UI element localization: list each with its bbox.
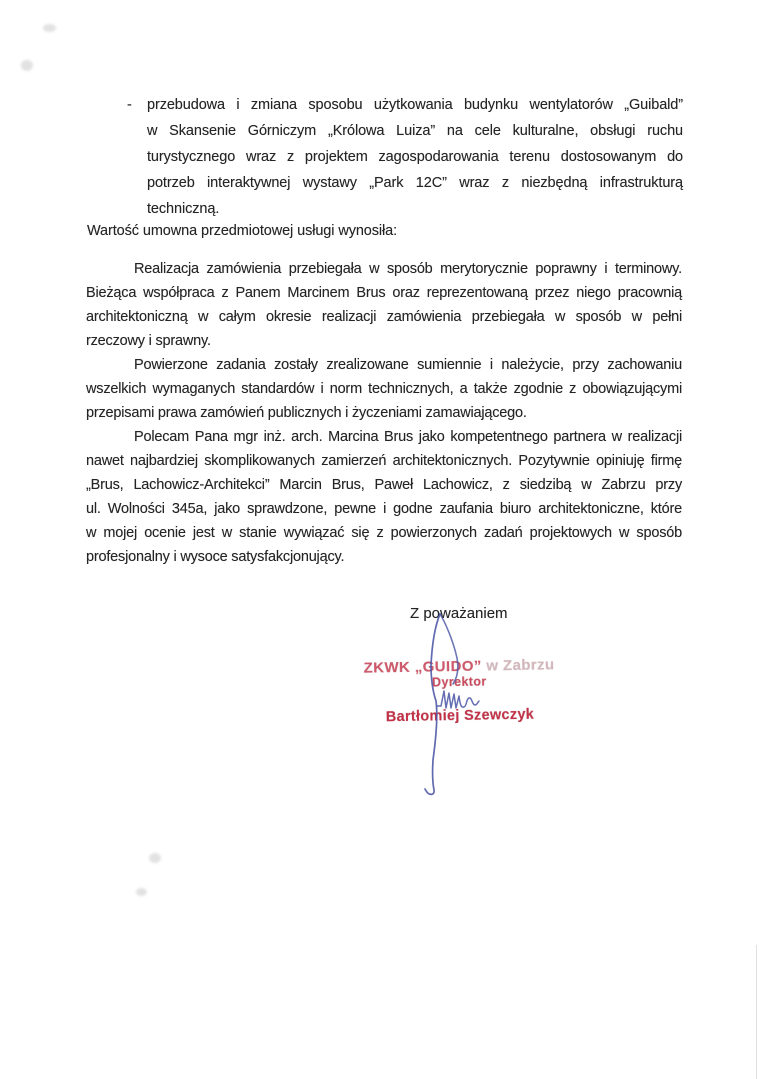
stamp-location: w Zabrzu <box>486 656 554 674</box>
signature-main-stroke <box>425 614 440 794</box>
signature-ink <box>415 593 485 800</box>
scan-smudge <box>136 888 147 896</box>
text-line: techniczną. <box>147 196 683 222</box>
text-line: Bieżąca współpraca z Panem Marcinem Brus… <box>86 281 682 305</box>
bullet-lines: przebudowa i zmiana sposobu użytkowania … <box>147 92 683 222</box>
text-line: Polecam Pana mgr inż. arch. Marcina Brus… <box>86 425 682 449</box>
paragraph: Polecam Pana mgr inż. arch. Marcina Brus… <box>86 425 682 569</box>
text-line: potrzeb interaktywnej wystawy „Park 12C”… <box>147 170 683 196</box>
paragraph: Powierzone zadania zostały zrealizowane … <box>86 353 682 425</box>
text-line: wszelkich wymaganych standardów i norm t… <box>86 377 682 401</box>
scan-smudge <box>43 24 56 32</box>
text-line: rzeczowy i sprawny. <box>86 329 682 353</box>
signature-loop-stroke <box>440 614 458 684</box>
scan-smudge <box>149 853 161 863</box>
text-line: architektoniczną w całym okresie realiza… <box>86 305 682 329</box>
text-line: przebudowa i zmiana sposobu użytkowania … <box>147 92 683 118</box>
paragraph: Realizacja zamówienia przebiegała w spos… <box>86 257 682 353</box>
text-line: Powierzone zadania zostały zrealizowane … <box>86 353 682 377</box>
text-line: w mojej ocenie jest w stanie wywiązać si… <box>86 521 682 545</box>
bullet-item: - przebudowa i zmiana sposobu użytkowani… <box>127 92 683 222</box>
bullet-block: - przebudowa i zmiana sposobu użytkowani… <box>127 92 683 222</box>
text-line: profesjonalny i wysoce satysfakcjonujący… <box>86 545 682 569</box>
contract-value-line: Wartość umowna przedmiotowej usługi wyno… <box>87 221 397 241</box>
scan-edge-artifact <box>756 945 757 1079</box>
text-line: ul. Wolności 345a, jako sprawdzone, pewn… <box>86 497 682 521</box>
scan-smudge <box>21 60 33 71</box>
body-paragraphs: Realizacja zamówienia przebiegała w spos… <box>86 257 682 569</box>
text-line: Realizacja zamówienia przebiegała w spos… <box>86 257 682 281</box>
text-line: przepisami prawa zamówień publicznych i … <box>86 401 682 425</box>
text-line: turystycznego wraz z projektem zagospoda… <box>147 144 683 170</box>
scanned-letter-page: - przebudowa i zmiana sposobu użytkowani… <box>0 0 763 1079</box>
text-line: „Brus, Lachowicz-Architekci” Marcin Brus… <box>86 473 682 497</box>
text-line: nawet najbardziej skomplikowanych zamier… <box>86 449 682 473</box>
signature-scribble-stroke <box>437 691 479 708</box>
bullet-marker: - <box>127 92 132 118</box>
text-line: w Skansenie Górniczym „Królowa Luiza” na… <box>147 118 683 144</box>
